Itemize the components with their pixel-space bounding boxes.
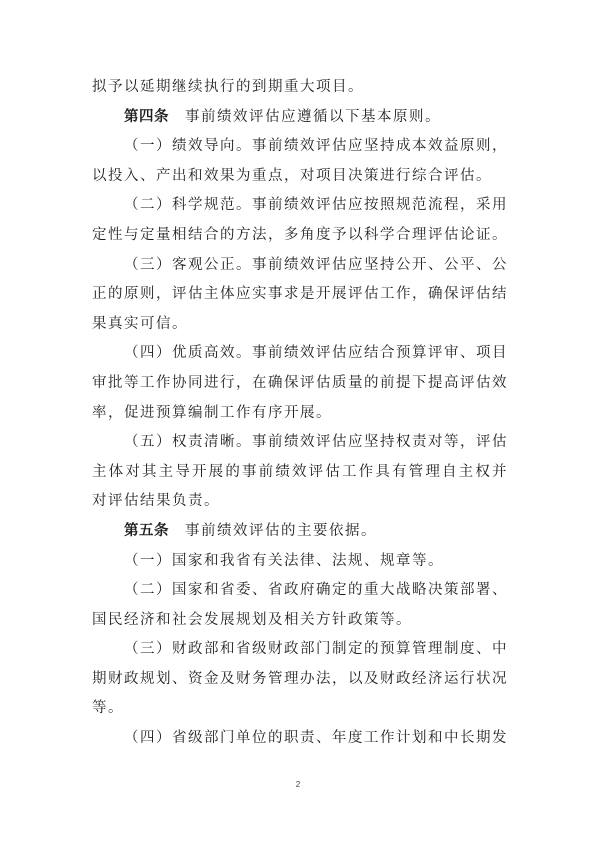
principle-3-line-3: 果真实可信。 [92, 310, 508, 340]
basis-3-line-1: （三）财政部和省级财政部门制定的预算管理制度、中 [92, 635, 508, 665]
basis-3-line-2: 期财政规划、资金及财务管理办法，以及财政经济运行状况 [92, 665, 508, 695]
principle-5-line-3: 对评估结果负责。 [92, 487, 508, 517]
document-page: 拟予以延期继续执行的到期重大项目。 第四条事前绩效评估应遵循以下基本原则。 （一… [0, 0, 595, 842]
basis-4-line-1: （四）省级部门单位的职责、年度工作计划和中长期发 [92, 724, 508, 754]
article-5-label: 第五条 [124, 523, 169, 539]
principle-2-line-1: （二）科学规范。事前绩效评估应按照规范流程，采用 [92, 191, 508, 221]
principle-4-line-3: 率，促进预算编制工作有序开展。 [92, 399, 508, 429]
article-4-heading: 第四条事前绩效评估应遵循以下基本原则。 [92, 103, 508, 133]
page-number: 2 [292, 780, 304, 789]
principle-3-line-2: 正的原则，评估主体应实事求是开展评估工作，确保评估结 [92, 280, 508, 310]
basis-3-line-3: 等。 [92, 694, 508, 724]
continuation-line: 拟予以延期继续执行的到期重大项目。 [92, 73, 508, 103]
article-5-heading-text: 事前绩效评估的主要依据。 [185, 523, 377, 539]
principle-1-line-1: （一）绩效导向。事前绩效评估应坚持成本效益原则， [92, 132, 508, 162]
principle-4-line-2: 审批等工作协同进行，在确保评估质量的前提下提高评估效 [92, 369, 508, 399]
principle-3-line-1: （三）客观公正。事前绩效评估应坚持公开、公平、公 [92, 251, 508, 281]
principle-5-line-2: 主体对其主导开展的事前绩效评估工作具有管理自主权并 [92, 458, 508, 488]
principle-4-line-1: （四）优质高效。事前绩效评估应结合预算评审、项目 [92, 339, 508, 369]
article-4-heading-text: 事前绩效评估应遵循以下基本原则。 [185, 109, 441, 125]
principle-5-line-1: （五）权责清晰。事前绩效评估应坚持权责对等，评估 [92, 428, 508, 458]
principle-2-line-2: 定性与定量相结合的方法，多角度予以科学合理评估论证。 [92, 221, 508, 251]
basis-2-line-1: （二）国家和省委、省政府确定的重大战略决策部署、 [92, 576, 508, 606]
basis-1-line-1: （一）国家和我省有关法律、法规、规章等。 [92, 547, 508, 577]
basis-2-line-2: 国民经济和社会发展规划及相关方针政策等。 [92, 606, 508, 636]
document-body: 拟予以延期继续执行的到期重大项目。 第四条事前绩效评估应遵循以下基本原则。 （一… [92, 73, 508, 754]
principle-1-line-2: 以投入、产出和效果为重点，对项目决策进行综合评估。 [92, 162, 508, 192]
article-4-label: 第四条 [124, 109, 169, 125]
article-5-heading: 第五条事前绩效评估的主要依据。 [92, 517, 508, 547]
